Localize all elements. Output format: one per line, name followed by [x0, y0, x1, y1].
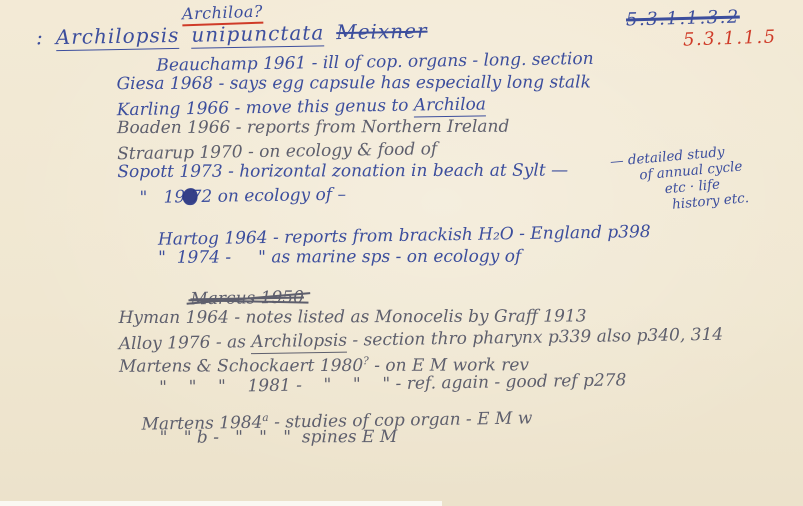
note-text: Giesa 1968 - says egg capsule has especi… [117, 72, 591, 94]
note-text: Sopott 1973 - horizontal zonation in bea… [117, 160, 568, 182]
note-text: 72 on ecology of – [190, 185, 346, 207]
entry-section: Martens 1984a - studies of cop organ - E… [91, 401, 798, 451]
title-species: unipunctata [191, 20, 324, 48]
entry-section: Hartog 1964 - reports from brackish H₂O … [90, 221, 797, 271]
note-text [185, 187, 191, 207]
card-title: :ArchilopsisunipunctataMeixner [36, 19, 428, 50]
index-card: Archiloa? :ArchilopsisunipunctataMeixner… [0, 0, 803, 506]
margin-note: — detailed studyof annual cycleetc · lif… [609, 142, 749, 218]
note-text: " 19 [139, 187, 185, 208]
note-line: " 1974 - " as marine sps - on ecology of [158, 245, 797, 269]
note-text: Archiloa [414, 94, 486, 117]
title-genus: Archilopsis [56, 23, 180, 51]
note-text: Boaden 1966 - reports from Northern Irel… [117, 117, 509, 138]
note-text: - section thro pharynx p339 also p340, 3… [347, 325, 723, 351]
title-author: Meixner [336, 19, 428, 45]
title-prefix: : [36, 25, 44, 49]
old-catalog-number: 5.3.1.1.3.2 [626, 7, 740, 31]
note-text: " " b - " " " spines E M [160, 427, 398, 448]
note-text: " 1974 - " as marine sps - on ecology of [158, 247, 521, 268]
note-text: Hyman 1964 - notes listed as Monocelis b… [119, 306, 587, 328]
entry-section: Marcus 1950Hyman 1964 - notes listed as … [90, 281, 798, 397]
note-line: " " b - " " " spines E M [160, 425, 799, 449]
card-lines: Beauchamp 1961 - ill of cop. organs - lo… [88, 47, 798, 451]
